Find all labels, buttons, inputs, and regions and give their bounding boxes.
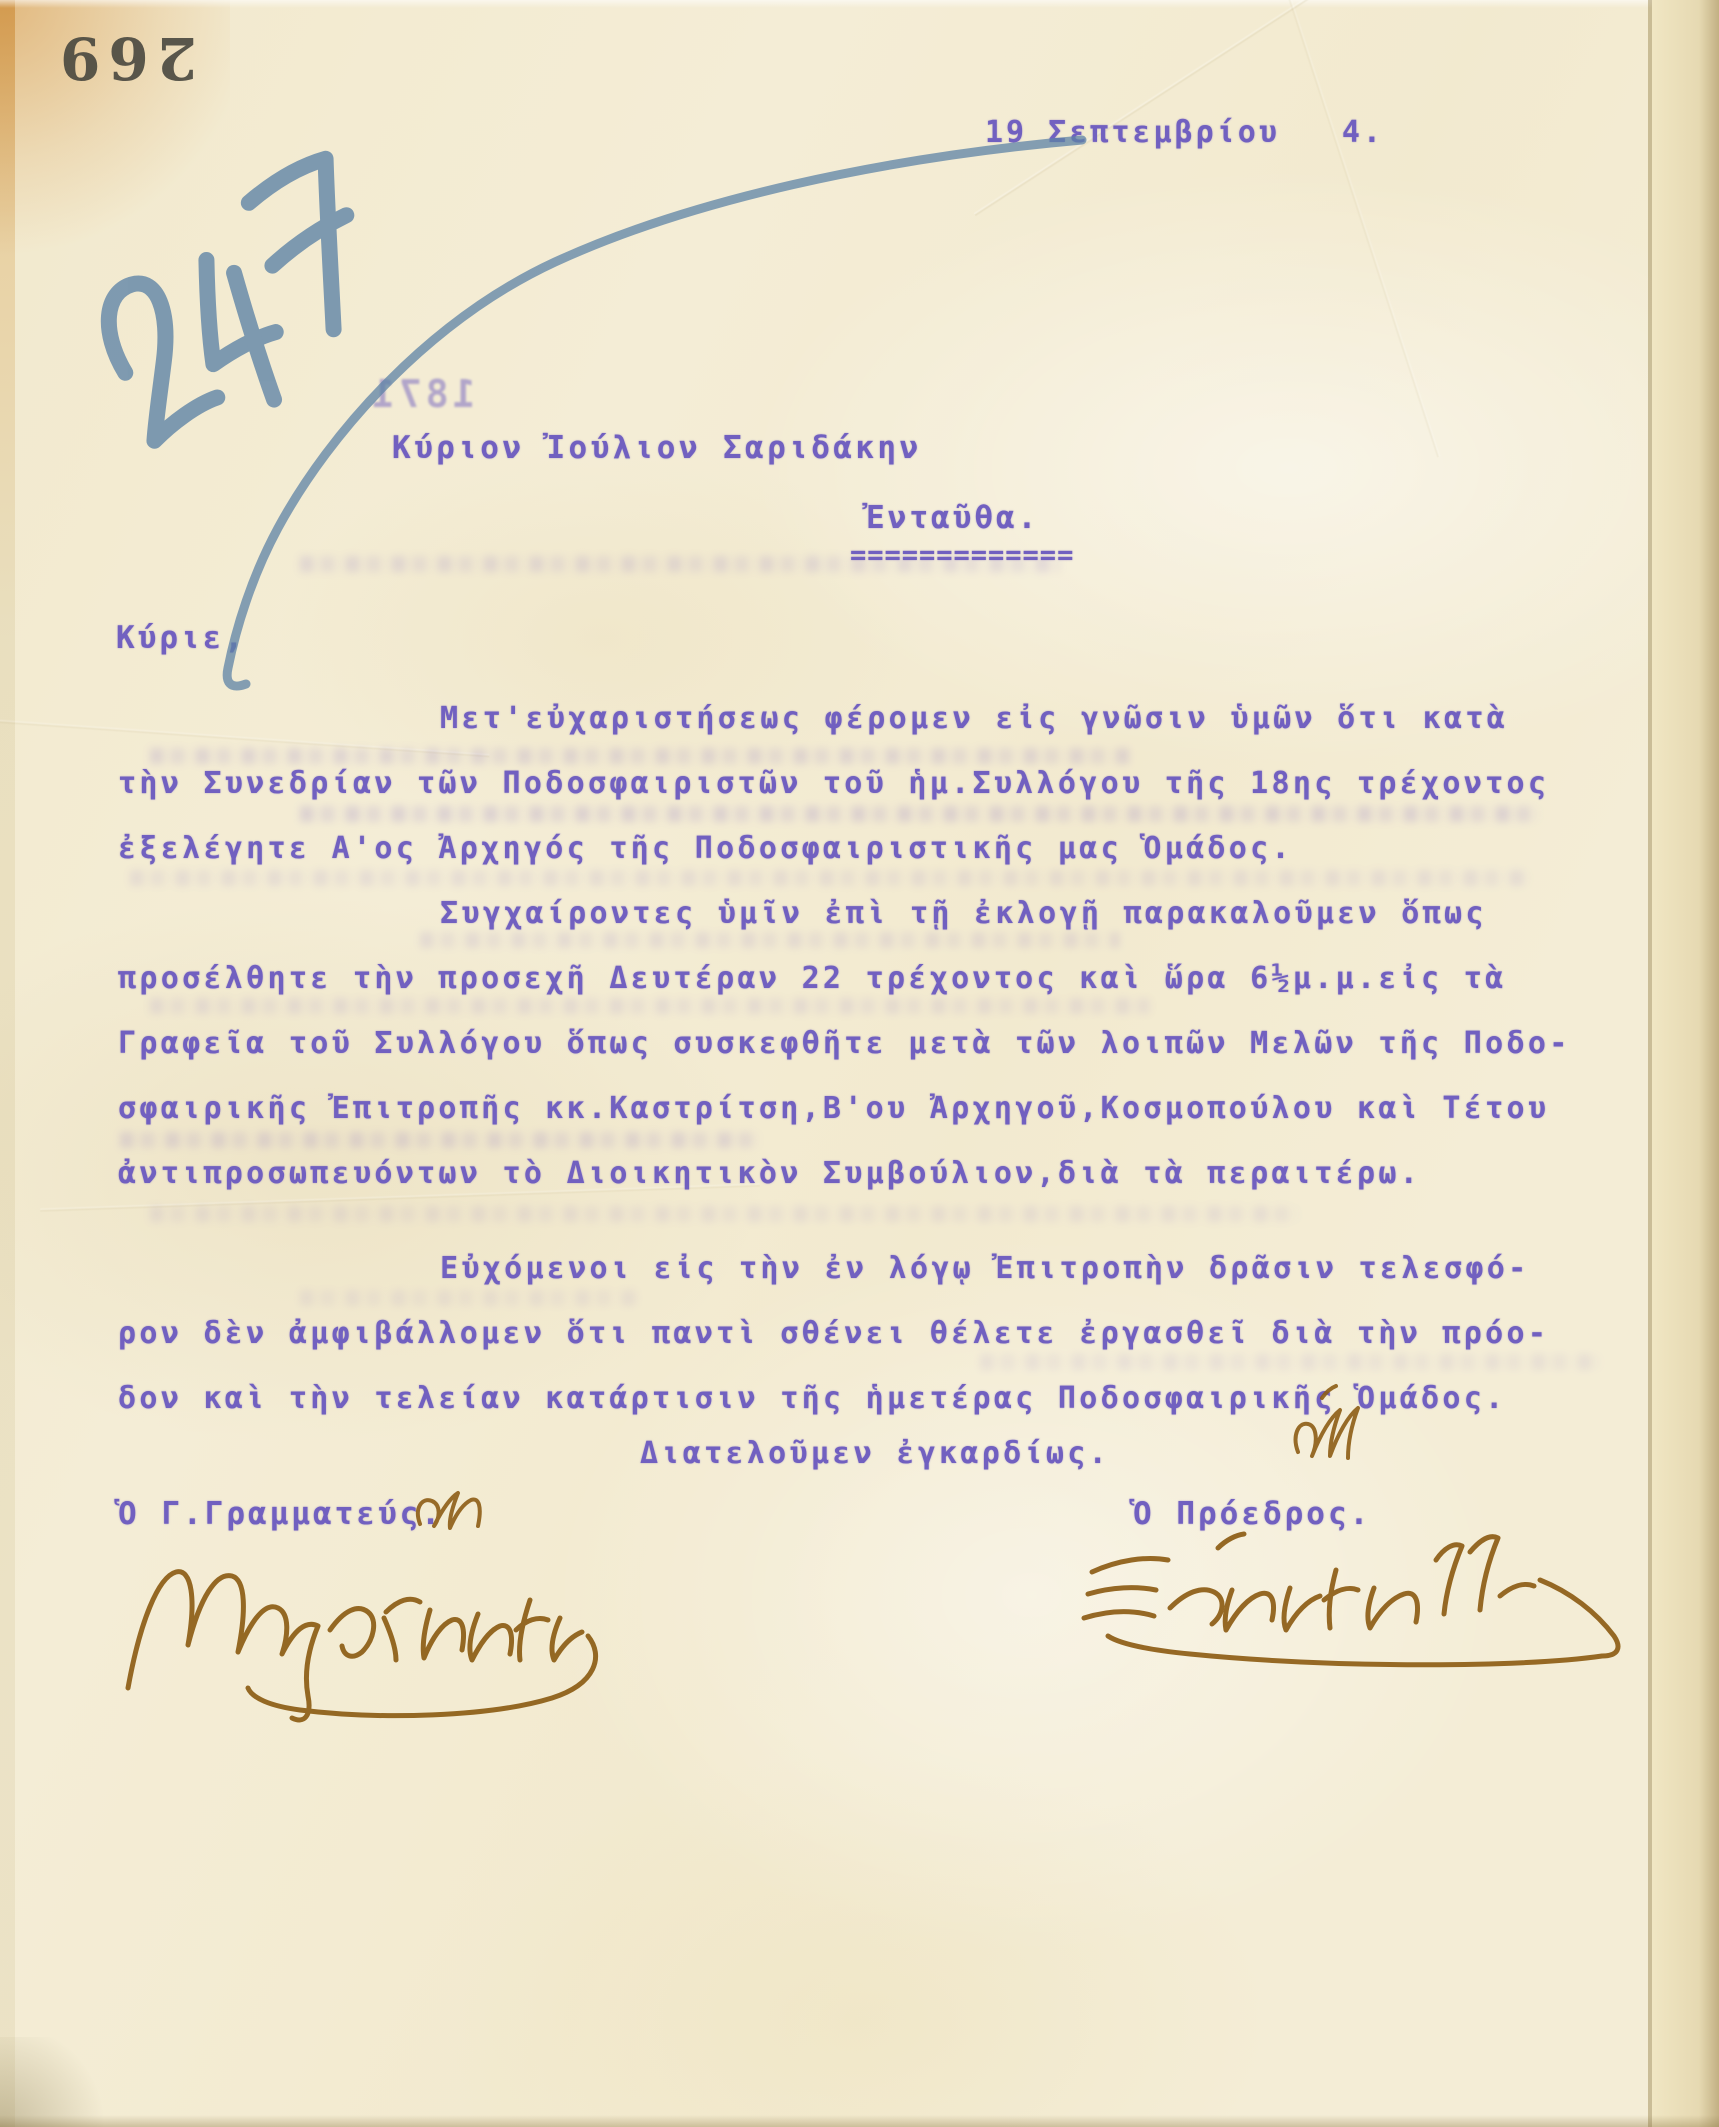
- paper-top-edge: [0, 0, 1719, 8]
- body-line: σφαιρικῆς Ἐπιτροπῆς κκ.Καστρίτση,Β'ου Ἀρ…: [118, 1076, 1648, 1141]
- body-line: τὴν Συνεδρίαν τῶν Ποδοσφαιριστῶν τοῦ ἡμ.…: [118, 751, 1648, 816]
- date-day: 4.: [1342, 115, 1384, 150]
- paper-bottom-left-shadow: [0, 2037, 120, 2127]
- secretary-title: Ὁ Γ.Γραμματεύς.: [118, 1496, 443, 1532]
- blue-pencil-swoosh: [227, 140, 1082, 686]
- location-underline: =============: [850, 540, 1074, 571]
- date-line: 19 Σεπτεμβρίου 4.: [985, 115, 1384, 150]
- body-line: Μετ'εὐχαριστήσεως φέρομεν εἰς γνῶσιν ὑμῶ…: [118, 686, 1648, 751]
- recipient-line: Κύριον Ἰούλιον Σαριδάκην: [392, 430, 922, 466]
- body-line: Γραφεῖα τοῦ Συλλόγου ὅπως συσκεφθῆτε μετ…: [118, 1011, 1648, 1076]
- bleedthrough-number: 1871: [368, 372, 476, 416]
- paper-right-strip: [1652, 0, 1719, 2127]
- page-number-stamp: 269: [52, 24, 197, 92]
- closing-line: Διατελοῦμεν ἐγκαρδίως.: [640, 1436, 1110, 1471]
- paper-crease: [1239, 0, 1442, 458]
- president-signature: [1084, 1534, 1618, 1665]
- letter-body: Μετ'εὐχαριστήσεως φέρομεν εἰς γνῶσιν ὑμῶ…: [118, 686, 1648, 1431]
- paper-bottom-edge: [0, 2115, 1719, 2127]
- location-line: Ἐνταῦθα.: [866, 500, 1039, 536]
- paper-right-seam: [1648, 0, 1652, 2127]
- date-month: 19 Σεπτεμβρίου: [985, 115, 1280, 150]
- body-line: Εὐχόμενοι εἰς τὴν ἐν λόγῳ Ἐπιτροπὴν δρᾶσ…: [118, 1236, 1648, 1301]
- paper-left-edge: [0, 0, 15, 2127]
- salutation: Κύριε,: [116, 620, 246, 656]
- secretary-signature: [128, 1572, 596, 1720]
- president-title: Ὁ Πρόεδρος.: [1133, 1496, 1371, 1532]
- paper-crease: [973, 0, 1336, 217]
- body-line: Συγχαίροντες ὑμῖν ἐπὶ τῇ ἐκλογῇ παρακαλο…: [118, 881, 1648, 946]
- body-line: ἐξελέγητε Α'ος Ἀρχηγός τῆς Ποδοσφαιριστι…: [118, 816, 1648, 881]
- body-line: δον καὶ τὴν τελείαν κατάρτισιν τῆς ἡμετέ…: [118, 1366, 1648, 1431]
- letter-scan: 269 1871 19 Σεπτεμβρίου 4. Κύριον Ἰούλιο…: [0, 0, 1719, 2127]
- body-line: προσέλθητε τὴν προσεχῆ Δευτέραν 22 τρέχο…: [118, 946, 1648, 1011]
- body-line: ρον δὲν ἀμφιβάλλομεν ὅτι παντὶ σθένει θέ…: [118, 1301, 1648, 1366]
- body-line: ἀντιπροσωπευόντων τὸ Διοικητικὸν Συμβούλ…: [118, 1141, 1648, 1206]
